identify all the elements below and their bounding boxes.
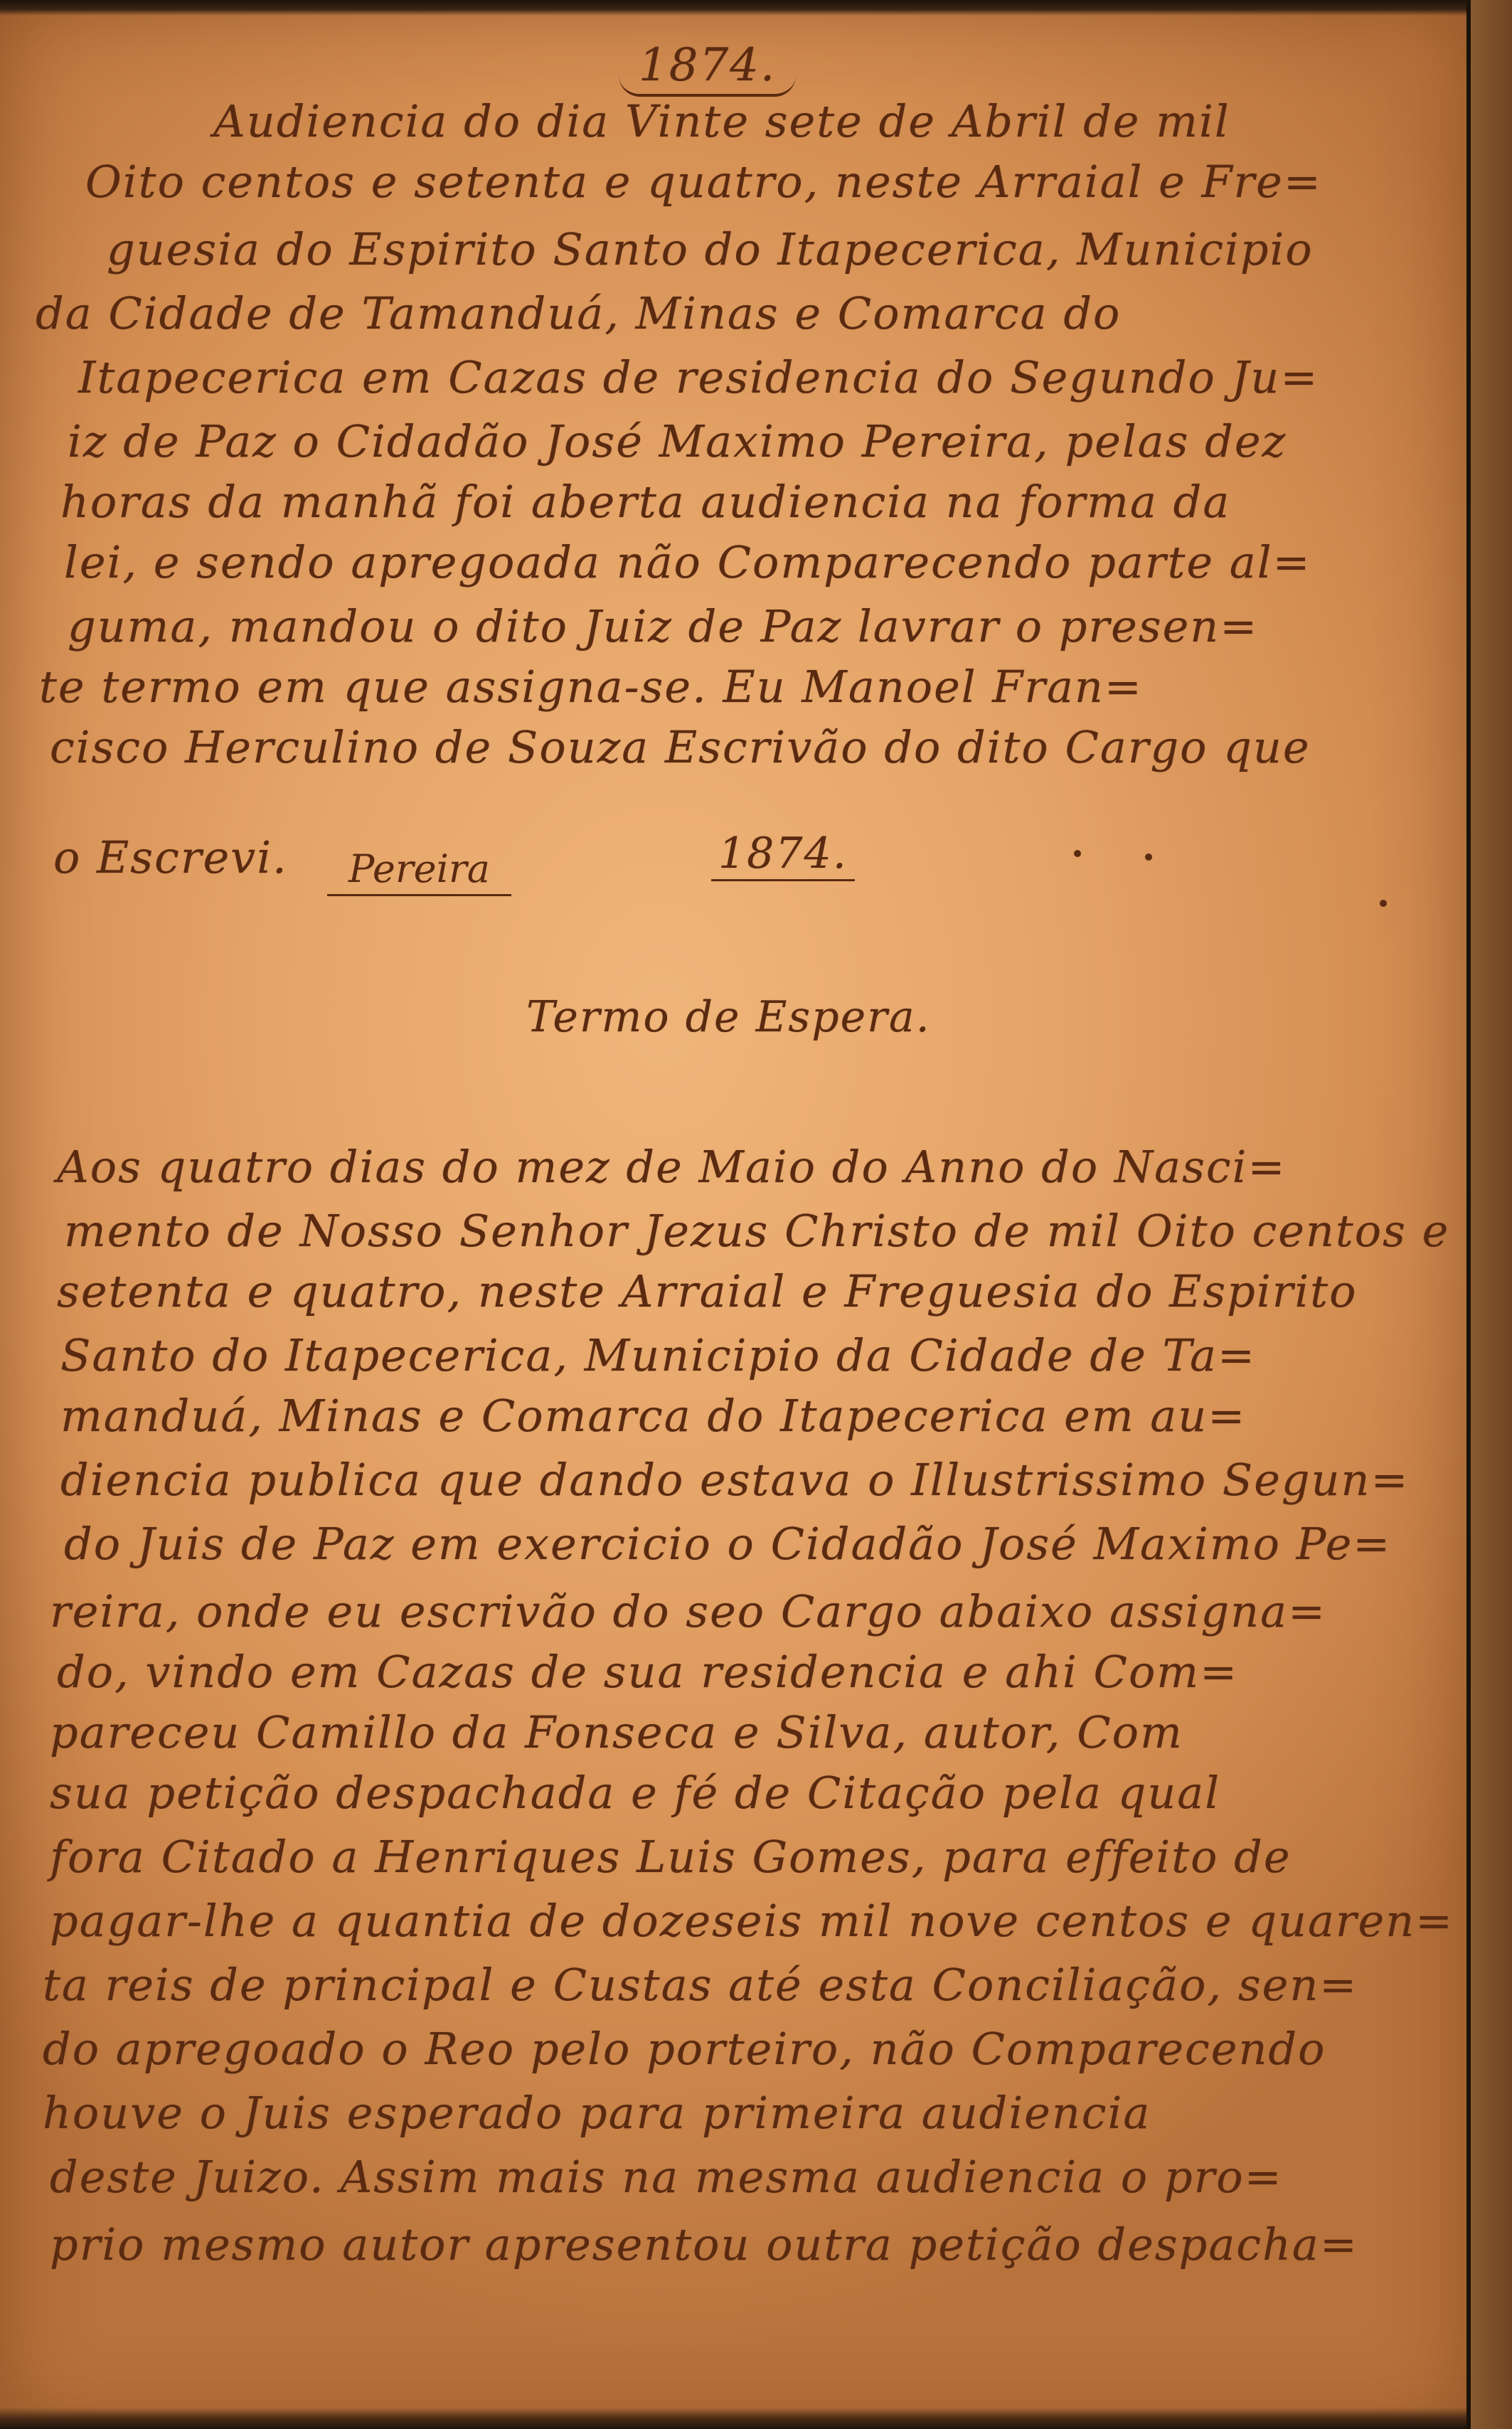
signature-year: 1874. <box>711 832 855 881</box>
signature-pereira: Pereira <box>327 846 511 896</box>
text-line: guma, mandou o dito Juiz de Paz lavrar o… <box>68 605 1258 649</box>
text-line: diencia publica que dando estava o Illus… <box>60 1458 1409 1502</box>
text-line: da Cidade de Tamanduá, Minas e Comarca d… <box>36 292 1121 336</box>
text-line: sua petição despachada e fé de Citação p… <box>50 1771 1220 1815</box>
adjacent-page-strip <box>1471 0 1512 2429</box>
text-line: pareceu Camillo da Fonseca e Silva, auto… <box>50 1711 1183 1755</box>
text-line: manduá, Minas e Comarca do Itapecerica e… <box>60 1394 1246 1438</box>
text-line: Itapecerica em Cazas de residencia do Se… <box>78 356 1319 400</box>
text-line: do Juis de Paz em exercicio o Cidadão Jo… <box>64 1522 1391 1566</box>
text-line: do, vindo em Cazas de sua residencia e a… <box>57 1650 1238 1694</box>
text-line: do apregoado o Reo pelo porteiro, não Co… <box>43 2027 1326 2071</box>
text-line: reira, onde eu escrivão do seo Cargo aba… <box>50 1590 1326 1634</box>
closing-escrevi: o Escrevi. <box>53 836 288 880</box>
manuscript-page: 1874. Audiencia do dia Vinte sete de Abr… <box>0 0 1469 2429</box>
text-line: cisco Herculino de Souza Escrivão do dit… <box>50 725 1311 770</box>
text-line: pagar-lhe a quantia de dozeseis mil nove… <box>50 1899 1454 1943</box>
text-line: houve o Juis esperado para primeira audi… <box>43 2091 1151 2135</box>
text-line: te termo em que assigna-se. Eu Manoel Fr… <box>39 665 1143 709</box>
ink-dot <box>1145 854 1152 861</box>
year-heading: 1874. <box>619 43 796 97</box>
text-line: Aos quatro dias do mez de Maio do Anno d… <box>57 1145 1286 1189</box>
text-line: setenta e quatro, neste Arraial e Fregue… <box>57 1270 1357 1314</box>
torn-top-edge <box>0 0 1469 16</box>
text-line: prio mesmo autor apresentou outra petiçã… <box>50 2223 1358 2267</box>
text-line: Oito centos e setenta e quatro, neste Ar… <box>85 160 1322 204</box>
ink-dot <box>1074 850 1081 857</box>
text-line: ta reis de principal e Custas até esta C… <box>43 1963 1358 2007</box>
torn-bottom-edge <box>0 2408 1469 2429</box>
text-line: Santo do Itapecerica, Municipio da Cidad… <box>60 1334 1256 1378</box>
text-line: Audiencia do dia Vinte sete de Abril de … <box>213 100 1230 144</box>
text-line: guesia do Espirito Santo do Itapecerica,… <box>107 228 1314 272</box>
text-line: iz de Paz o Cidadão José Maximo Pereira,… <box>68 420 1287 464</box>
text-line: mento de Nosso Senhor Jezus Christo de m… <box>64 1209 1449 1253</box>
termo-de-espera-heading: Termo de Espera. <box>526 996 931 1038</box>
text-line: horas da manhã foi aberta audiencia na f… <box>60 480 1230 524</box>
text-line: deste Juizo. Assim mais na mesma audienc… <box>50 2155 1283 2199</box>
text-line: fora Citado a Henriques Luis Gomes, para… <box>50 1835 1292 1879</box>
ink-dot <box>1380 900 1387 907</box>
text-line: lei, e sendo apregoada não Comparecendo … <box>64 541 1311 585</box>
